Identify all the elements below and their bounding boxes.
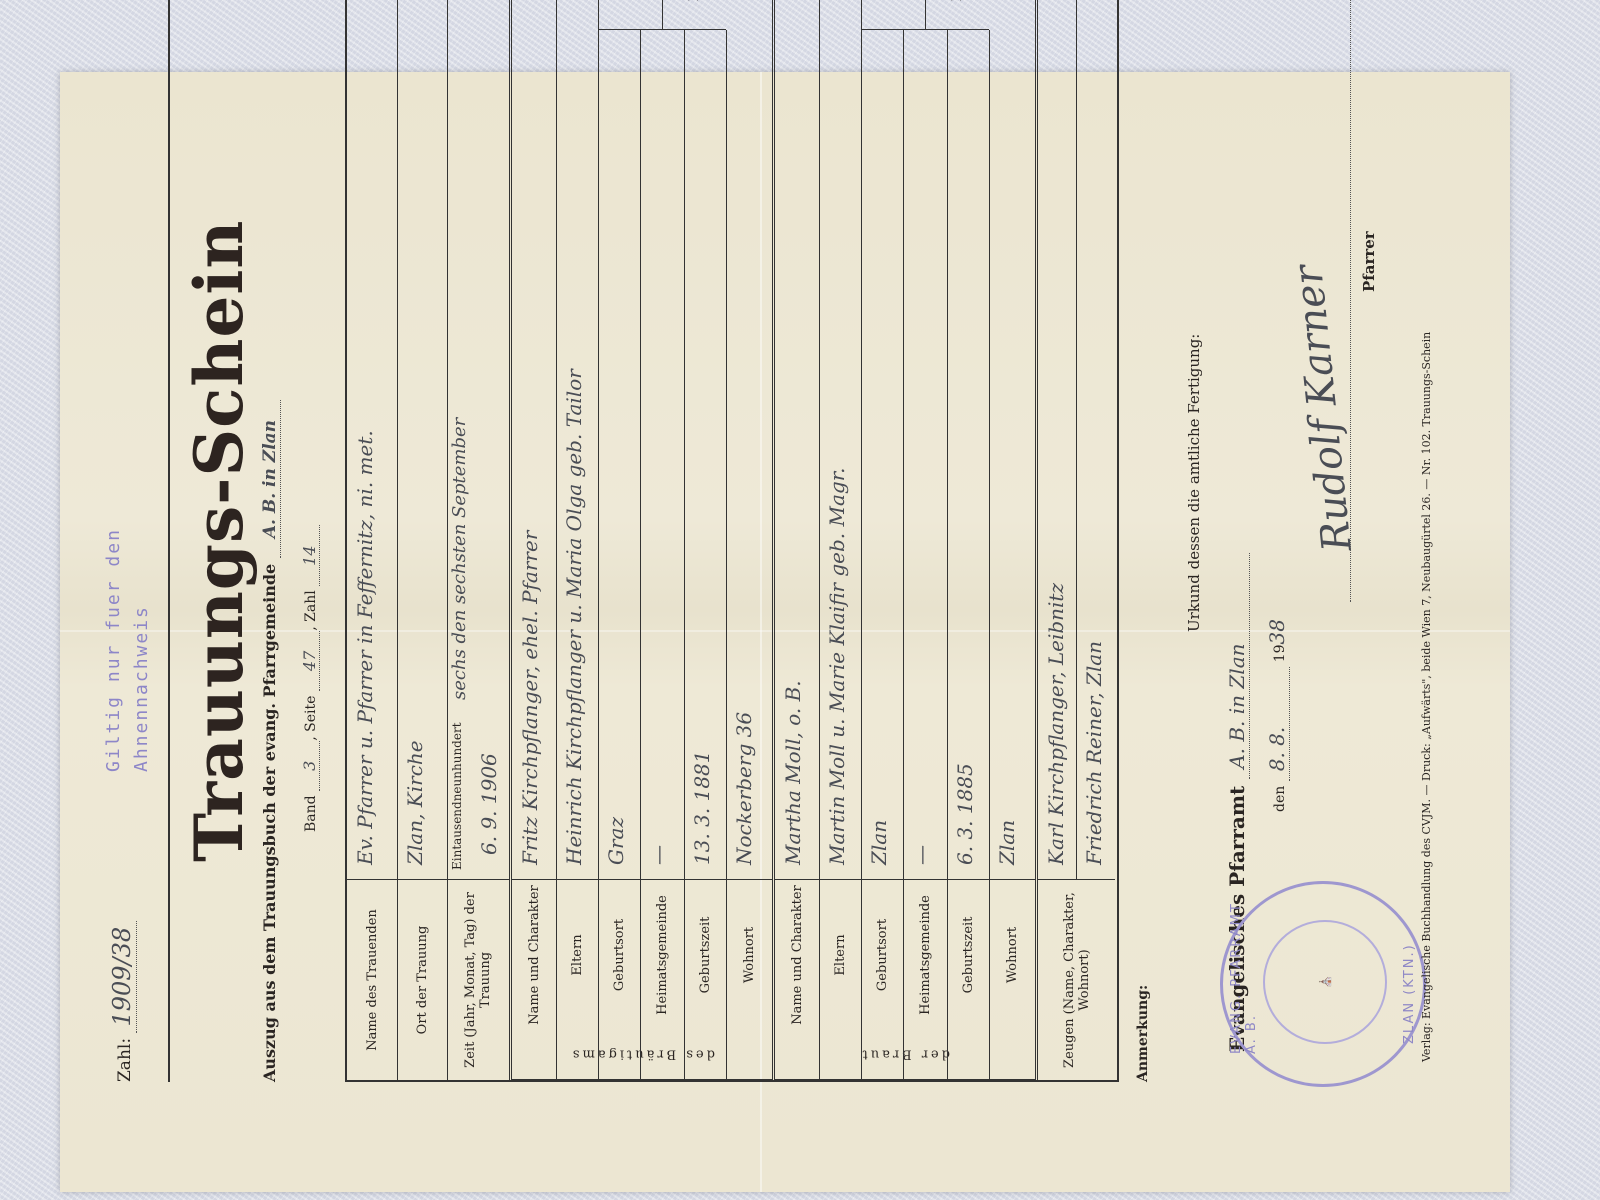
row-zeugen: Zeugen (Name, Charakter, Wohnort) Karl K… [1038, 0, 1115, 1080]
groom-value-geburtsort: Graz [604, 817, 628, 865]
value-zeugen-2: Friedrich Reiner, Zlan [1082, 641, 1106, 865]
bride-row-wohnort: Wohnort Zlan [989, 0, 1035, 1080]
bride-row-name: Name und Charakter Martha Moll, o. B. [775, 0, 820, 1080]
groom-stand-religion: Stand ledig Religion ev. A. B. [598, 0, 726, 30]
groom-value-eltern: Heinrich Kirchpflanger u. Maria Olga geb… [562, 369, 586, 865]
den-label: den [1272, 786, 1288, 812]
bride-label-wohnort: Wohnort [989, 879, 1035, 1030]
zahl2-value: 14 [300, 525, 320, 585]
zeugen-divider [1076, 0, 1077, 880]
groom-label-geburtszeit: Geburtszeit [684, 879, 726, 1030]
year-prefix: 19 [1272, 644, 1288, 662]
groom-label-wohnort: Wohnort [726, 879, 772, 1030]
label-ort: Ort der Trauung [397, 879, 447, 1080]
bride-row-geburtszeit: Geburtszeit 6. 3. 1885 [947, 30, 990, 1080]
seal-emblem-icon: ⛪ [1263, 920, 1387, 1044]
parish-seal-stamp: EVANG. PFARRAMT A. B. ⛪ ZLAN (KTN.) [1220, 881, 1426, 1087]
groom-label-religion: Religion [662, 0, 726, 30]
publisher-imprint: Verlag: Evangelische Buchhandlung des CV… [1420, 332, 1433, 1062]
groom-row-geburtszeit: Geburtszeit 13. 3. 1881 [684, 30, 727, 1080]
bride-label-geburtsort: Geburtsort [861, 879, 903, 1030]
bride-value-geburtszeit: 6. 3. 1885 [953, 763, 977, 865]
record-table: Name des Trauenden Ev. Pfarrer u. Pfarre… [345, 0, 1119, 1082]
groom-row-heimat: Heimatsgemeinde — [640, 30, 685, 1080]
label-zeit: Zeit (Jahr, Monat, Tag) der Trauung [447, 879, 509, 1080]
groom-block: des Bräutigams Name und Charakter Fritz … [512, 0, 775, 1080]
date-line: den 8. 8. 1938 [1265, 619, 1289, 812]
groom-label-name: Name und Charakter [512, 879, 556, 1030]
groom-value-geburtszeit: 13. 3. 1881 [690, 750, 714, 865]
bride-row-heimat: Heimatsgemeinde — [903, 30, 948, 1080]
groom-label-stand: Stand [598, 0, 663, 30]
row-ort: Ort der Trauung Zlan, Kirche [397, 0, 448, 1080]
band-row: Band 3, Seite 47, Zahl 14 [300, 525, 319, 832]
header-rule [168, 0, 170, 1082]
bride-label-geburtszeit: Geburtszeit [947, 879, 989, 1030]
urkund-text: Urkund dessen die amtliche Fertigung: [1185, 334, 1203, 632]
bride-label-heimat: Heimatsgemeinde [903, 879, 947, 1030]
validity-stamp: Giltig nur fuer den Ahnennachweis [100, 528, 156, 772]
bride-stand-religion: Stand ledig Religion evang. A. B. [861, 0, 989, 30]
seite-label: Seite [303, 696, 319, 732]
groom-value-wohnort: Nockerberg 36 [732, 712, 756, 865]
bride-value-wohnort: Zlan [995, 820, 1019, 865]
groom-value-heimat: — [646, 845, 670, 865]
value-zeugen-1: Karl Kirchpflanger, Leibnitz [1044, 583, 1068, 865]
label-zeugen: Zeugen (Name, Charakter, Wohnort) [1038, 879, 1115, 1080]
subtitle-label: Auszug aus dem Trauungsbuch der evang. P… [260, 564, 279, 1082]
pfarramt-value: A. B. in Zlan [1225, 553, 1250, 778]
bride-label-religion: Religion [925, 0, 989, 30]
bride-row-eltern: Eltern Martin Moll u. Marie Klaifir geb.… [819, 0, 862, 1080]
bride-label-stand: Stand [861, 0, 926, 30]
value-ort: Zlan, Kirche [403, 740, 427, 865]
groom-row-wohnort: Wohnort Nockerberg 36 [726, 0, 772, 1080]
subtitle-value: A. B. in Zlan [260, 400, 281, 558]
zahl-field: Zahl: 1909/38 [108, 921, 136, 1082]
zeit-prefix: Eintausendneunhundert [450, 722, 464, 870]
bride-value-heimat: — [909, 845, 933, 865]
bride-value-eltern: Martin Moll u. Marie Klaifir geb. Magr. [825, 468, 849, 865]
label-name-trauenden: Name des Trauenden [347, 879, 397, 1080]
year-suffix: 38 [1265, 619, 1289, 644]
bride-value-geburtsort: Zlan [867, 820, 891, 865]
value-name-trauenden: Ev. Pfarrer u. Pfarrer in Feffernitz, ni… [353, 430, 377, 865]
bride-label-eltern: Eltern [819, 879, 861, 1030]
pfarrer-label: Pfarrer [1360, 231, 1378, 292]
anmerkung-label: Anmerkung: [1135, 985, 1151, 1082]
groom-row-name: Name und Charakter Fritz Kirchpflanger, … [512, 0, 557, 1080]
validity-stamp-line2: Ahnennachweis [128, 528, 156, 772]
seite-value: 47 [300, 631, 320, 691]
validity-stamp-line1: Giltig nur fuer den [100, 528, 128, 772]
groom-row-geburtsort: Geburtsort Graz [598, 30, 641, 1080]
groom-label-eltern: Eltern [556, 879, 598, 1030]
value-zeit-words: sechs den sechsten September [449, 418, 470, 700]
document-title: Trauungs-Schein [180, 220, 258, 862]
signature-line [1350, 0, 1351, 602]
zahl-label: Zahl: [115, 1038, 135, 1082]
zahl-value: 1909/38 [108, 921, 137, 1033]
groom-label-heimat: Heimatsgemeinde [640, 879, 684, 1030]
subtitle: Auszug aus dem Trauungsbuch der evang. P… [260, 400, 280, 1082]
seal-bottom-text: ZLAN (KTN.) [1402, 943, 1417, 1044]
groom-row-eltern: Eltern Heinrich Kirchpflanger u. Maria O… [556, 0, 599, 1080]
bride-value-name: Martha Moll, o. B. [781, 680, 805, 865]
value-zeit-date: 6. 9. 1906 [477, 753, 501, 855]
bride-block: der Braut Name und Charakter Martha Moll… [775, 0, 1038, 1080]
groom-label-geburtsort: Geburtsort [598, 879, 640, 1030]
seal-top-text: EVANG. PFARRAMT A. B. [1229, 884, 1259, 1054]
row-name-trauenden: Name des Trauenden Ev. Pfarrer u. Pfarre… [347, 0, 398, 1080]
groom-value-name: Fritz Kirchpflanger, ehel. Pfarrer [518, 531, 542, 865]
certificate-paper: Zahl: 1909/38 Giltig nur fuer den Ahnenn… [60, 72, 1510, 1192]
row-zeit: Zeit (Jahr, Monat, Tag) der Trauung Eint… [447, 0, 512, 1080]
zahl2-label: Zahl [303, 590, 319, 622]
den-value: 8. 8. [1265, 667, 1290, 782]
band-label: Band [303, 795, 319, 832]
band-value: 3 [300, 741, 320, 791]
bride-label-name: Name und Charakter [775, 879, 819, 1030]
bride-row-geburtsort: Geburtsort Zlan [861, 30, 904, 1080]
